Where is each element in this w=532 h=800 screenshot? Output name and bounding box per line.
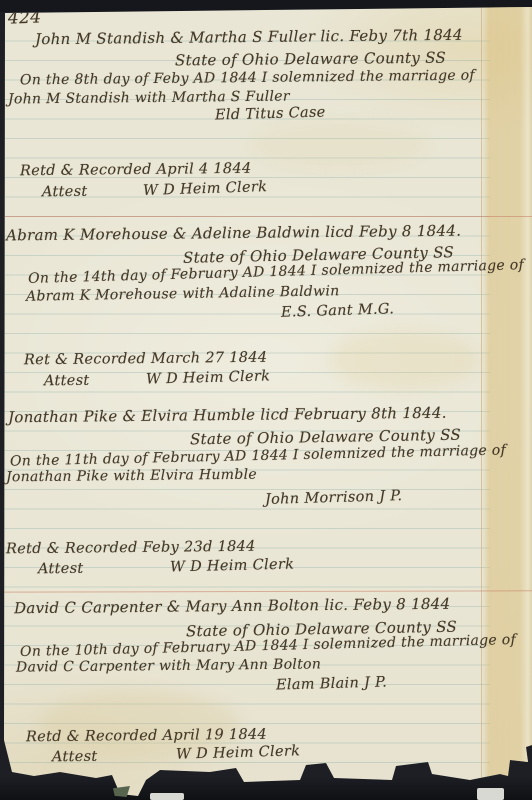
entry-title: David C Carpenter & Mary Ann Bolton lic.… [14,595,451,618]
return-recorded-line: Retd & Recorded Feby 23d 1844 [6,539,256,558]
paper-fragment [113,786,130,797]
officiant-signature: Eld Titus Case [215,104,326,123]
officiant-signature: John Morrison J P. [265,488,403,508]
officiant-signature: E.S. Gant M.G. [281,301,395,321]
scanned-ledger-page: 424 John M Standish & Martha S Fuller li… [0,0,532,800]
return-recorded-line: Retd & Recorded April 19 1844 [26,727,267,746]
entry-body-line: David C Carpenter with Mary Ann Bolton [16,656,321,675]
return-recorded-line: Ret & Recorded March 27 1844 [24,350,267,369]
ledger-paper: 424 John M Standish & Martha S Fuller li… [0,0,532,800]
entry-divider-rule [0,216,532,217]
entry-state-line: State of Ohio Delaware County SS [175,49,446,70]
entry-divider-rule [0,590,532,592]
page-edge-discoloration [481,0,532,800]
entry-title: Abram K Morehouse & Adeline Baldwin licd… [6,222,461,245]
return-recorded-line: Retd & Recorded April 4 1844 [20,161,252,179]
entry-body-line: Abram K Morehouse with Adaline Baldwin [26,283,340,304]
page-number: 424 [8,7,42,28]
attest-label: Attest [42,184,88,200]
entry-body-line: Jonathan Pike with Elvira Humble [6,467,257,486]
attest-label: Attest [38,561,84,577]
attest-label: Attest [52,749,98,765]
clerk-signature: W D Heim Clerk [146,368,271,387]
scan-backing-patch [477,788,504,800]
entry-body-line: On the 8th day of Feby AD 1844 I solemni… [20,68,475,89]
clerk-signature: W D Heim Clerk [143,179,268,199]
clerk-signature: W D Heim Clerk [176,743,301,762]
scan-backing-patch [150,793,184,800]
paper-stain [330,330,480,390]
paper-stain [250,120,430,170]
officiant-signature: Elam Blain J P. [276,674,388,693]
entry-title: John M Standish & Martha S Fuller lic. F… [35,26,463,48]
entry-title: Jonathan Pike & Elvira Humble licd Febru… [8,404,447,427]
entry-body-line: John M Standish with Martha S Fuller [8,89,290,108]
attest-label: Attest [44,373,90,389]
clerk-signature: W D Heim Clerk [170,556,295,575]
